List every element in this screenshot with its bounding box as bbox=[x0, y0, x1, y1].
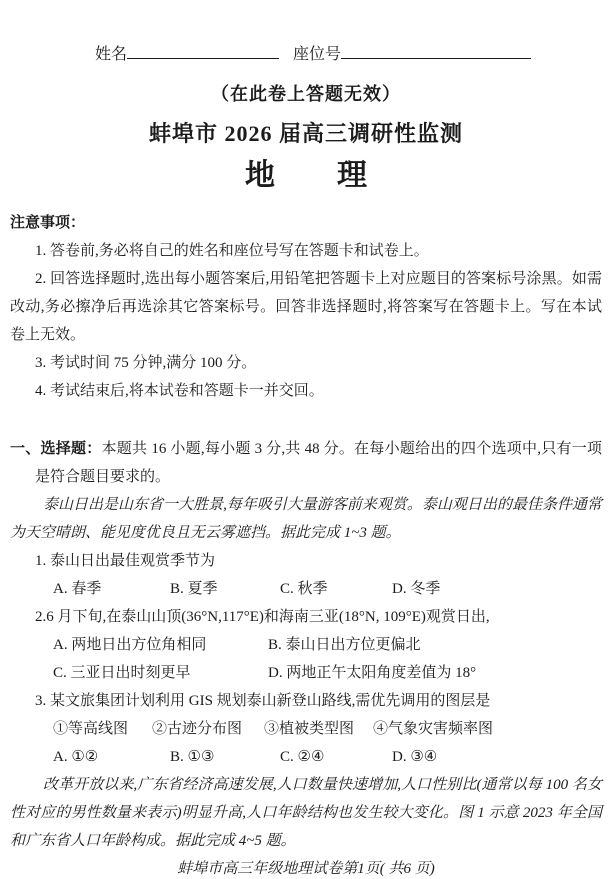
question-1-option-b: B. 夏季 bbox=[170, 575, 280, 603]
question-3-layer-1: ①等高线图 bbox=[53, 715, 152, 743]
subject-title: 地理 bbox=[10, 155, 602, 197]
question-3-layer-2: ②古迹分布图 bbox=[152, 715, 264, 743]
question-2-option-d: D. 两地正午太阳角度差值为 18° bbox=[268, 659, 602, 687]
name-field[interactable] bbox=[127, 42, 279, 59]
header-fields: 姓名座位号 bbox=[95, 42, 602, 66]
question-3-layer-4: ④气象灾害频率图 bbox=[373, 715, 602, 743]
subject-char-right: 理 bbox=[337, 159, 367, 192]
invalid-notice: （在此卷上答题无效） bbox=[10, 82, 602, 107]
seat-label: 座位号 bbox=[293, 46, 341, 63]
passage-taishan: 泰山日出是山东省一大胜景,每年吸引大量游客前来观赏。泰山观日出的最佳条件通常为天… bbox=[10, 491, 602, 547]
question-3-option-a: A. ①② bbox=[53, 743, 170, 771]
question-3-layers: ①等高线图 ②古迹分布图 ③植被类型图 ④气象灾害频率图 bbox=[53, 715, 602, 743]
question-1-option-d: D. 冬季 bbox=[392, 575, 602, 603]
question-3-option-b: B. ①③ bbox=[170, 743, 280, 771]
question-2-option-b: B. 泰山日出方位更偏北 bbox=[268, 631, 602, 659]
question-3-option-d: D. ③④ bbox=[392, 743, 602, 771]
passage-guangdong: 改革开放以来,广东省经济高速发展,人口数量快速增加,人口性别比(通常以每 100… bbox=[10, 771, 602, 855]
question-3-stem: 3. 某文旅集团计划利用 GIS 规划泰山新登山路线,需优先调用的图层是 bbox=[35, 687, 602, 715]
exam-page: 姓名座位号 （在此卷上答题无效） 蚌埠市 2026 届高三调研性监测 地理 注意… bbox=[0, 0, 612, 879]
question-1-options: A. 春季 B. 夏季 C. 秋季 D. 冬季 bbox=[53, 575, 602, 603]
question-3-layer-3: ③植被类型图 bbox=[264, 715, 373, 743]
question-1-option-c: C. 秋季 bbox=[280, 575, 392, 603]
question-2-options: A. 两地日出方位角相同 B. 泰山日出方位更偏北 C. 三亚日出时刻更早 D.… bbox=[53, 631, 602, 687]
question-2-option-c: C. 三亚日出时刻更早 bbox=[53, 659, 268, 687]
note-item-2: 2. 回答选择题时,选出每小题答案后,用铅笔把答题卡上对应题目的答案标号涂黑。如… bbox=[10, 265, 602, 349]
question-3-options: A. ①② B. ①③ C. ②④ D. ③④ bbox=[53, 743, 602, 771]
question-3-option-c: C. ②④ bbox=[280, 743, 392, 771]
question-2-option-a: A. 两地日出方位角相同 bbox=[53, 631, 268, 659]
seat-field[interactable] bbox=[341, 42, 531, 59]
question-1-option-a: A. 春季 bbox=[53, 575, 170, 603]
notes-heading: 注意事项： bbox=[10, 209, 602, 237]
note-item-3: 3. 考试时间 75 分钟,满分 100 分。 bbox=[10, 349, 602, 377]
section-1: 一、选择题：本题共 16 小题,每小题 3 分,共 48 分。在每小题给出的四个… bbox=[10, 435, 602, 491]
question-1-stem: 1. 泰山日出最佳观赏季节为 bbox=[35, 547, 602, 575]
exam-title: 蚌埠市 2026 届高三调研性监测 bbox=[10, 119, 602, 149]
question-2-stem: 2.6 月下旬,在泰山山顶(36°N,117°E)和海南三亚(18°N, 109… bbox=[35, 603, 602, 631]
note-item-1: 1. 答卷前,务必将自己的姓名和座位号写在答题卡和试卷上。 bbox=[10, 237, 602, 265]
section-1-description: 本题共 16 小题,每小题 3 分,共 48 分。在每小题给出的四个选项中,只有… bbox=[35, 441, 602, 485]
note-item-4: 4. 考试结束后,将本试卷和答题卡一并交回。 bbox=[10, 377, 602, 405]
page-footer: 蚌埠市高三年级地理试卷第1页( 共6 页) bbox=[10, 855, 602, 879]
subject-char-left: 地 bbox=[245, 159, 275, 192]
name-label: 姓名 bbox=[95, 46, 127, 63]
section-1-heading: 一、选择题： bbox=[10, 440, 102, 457]
